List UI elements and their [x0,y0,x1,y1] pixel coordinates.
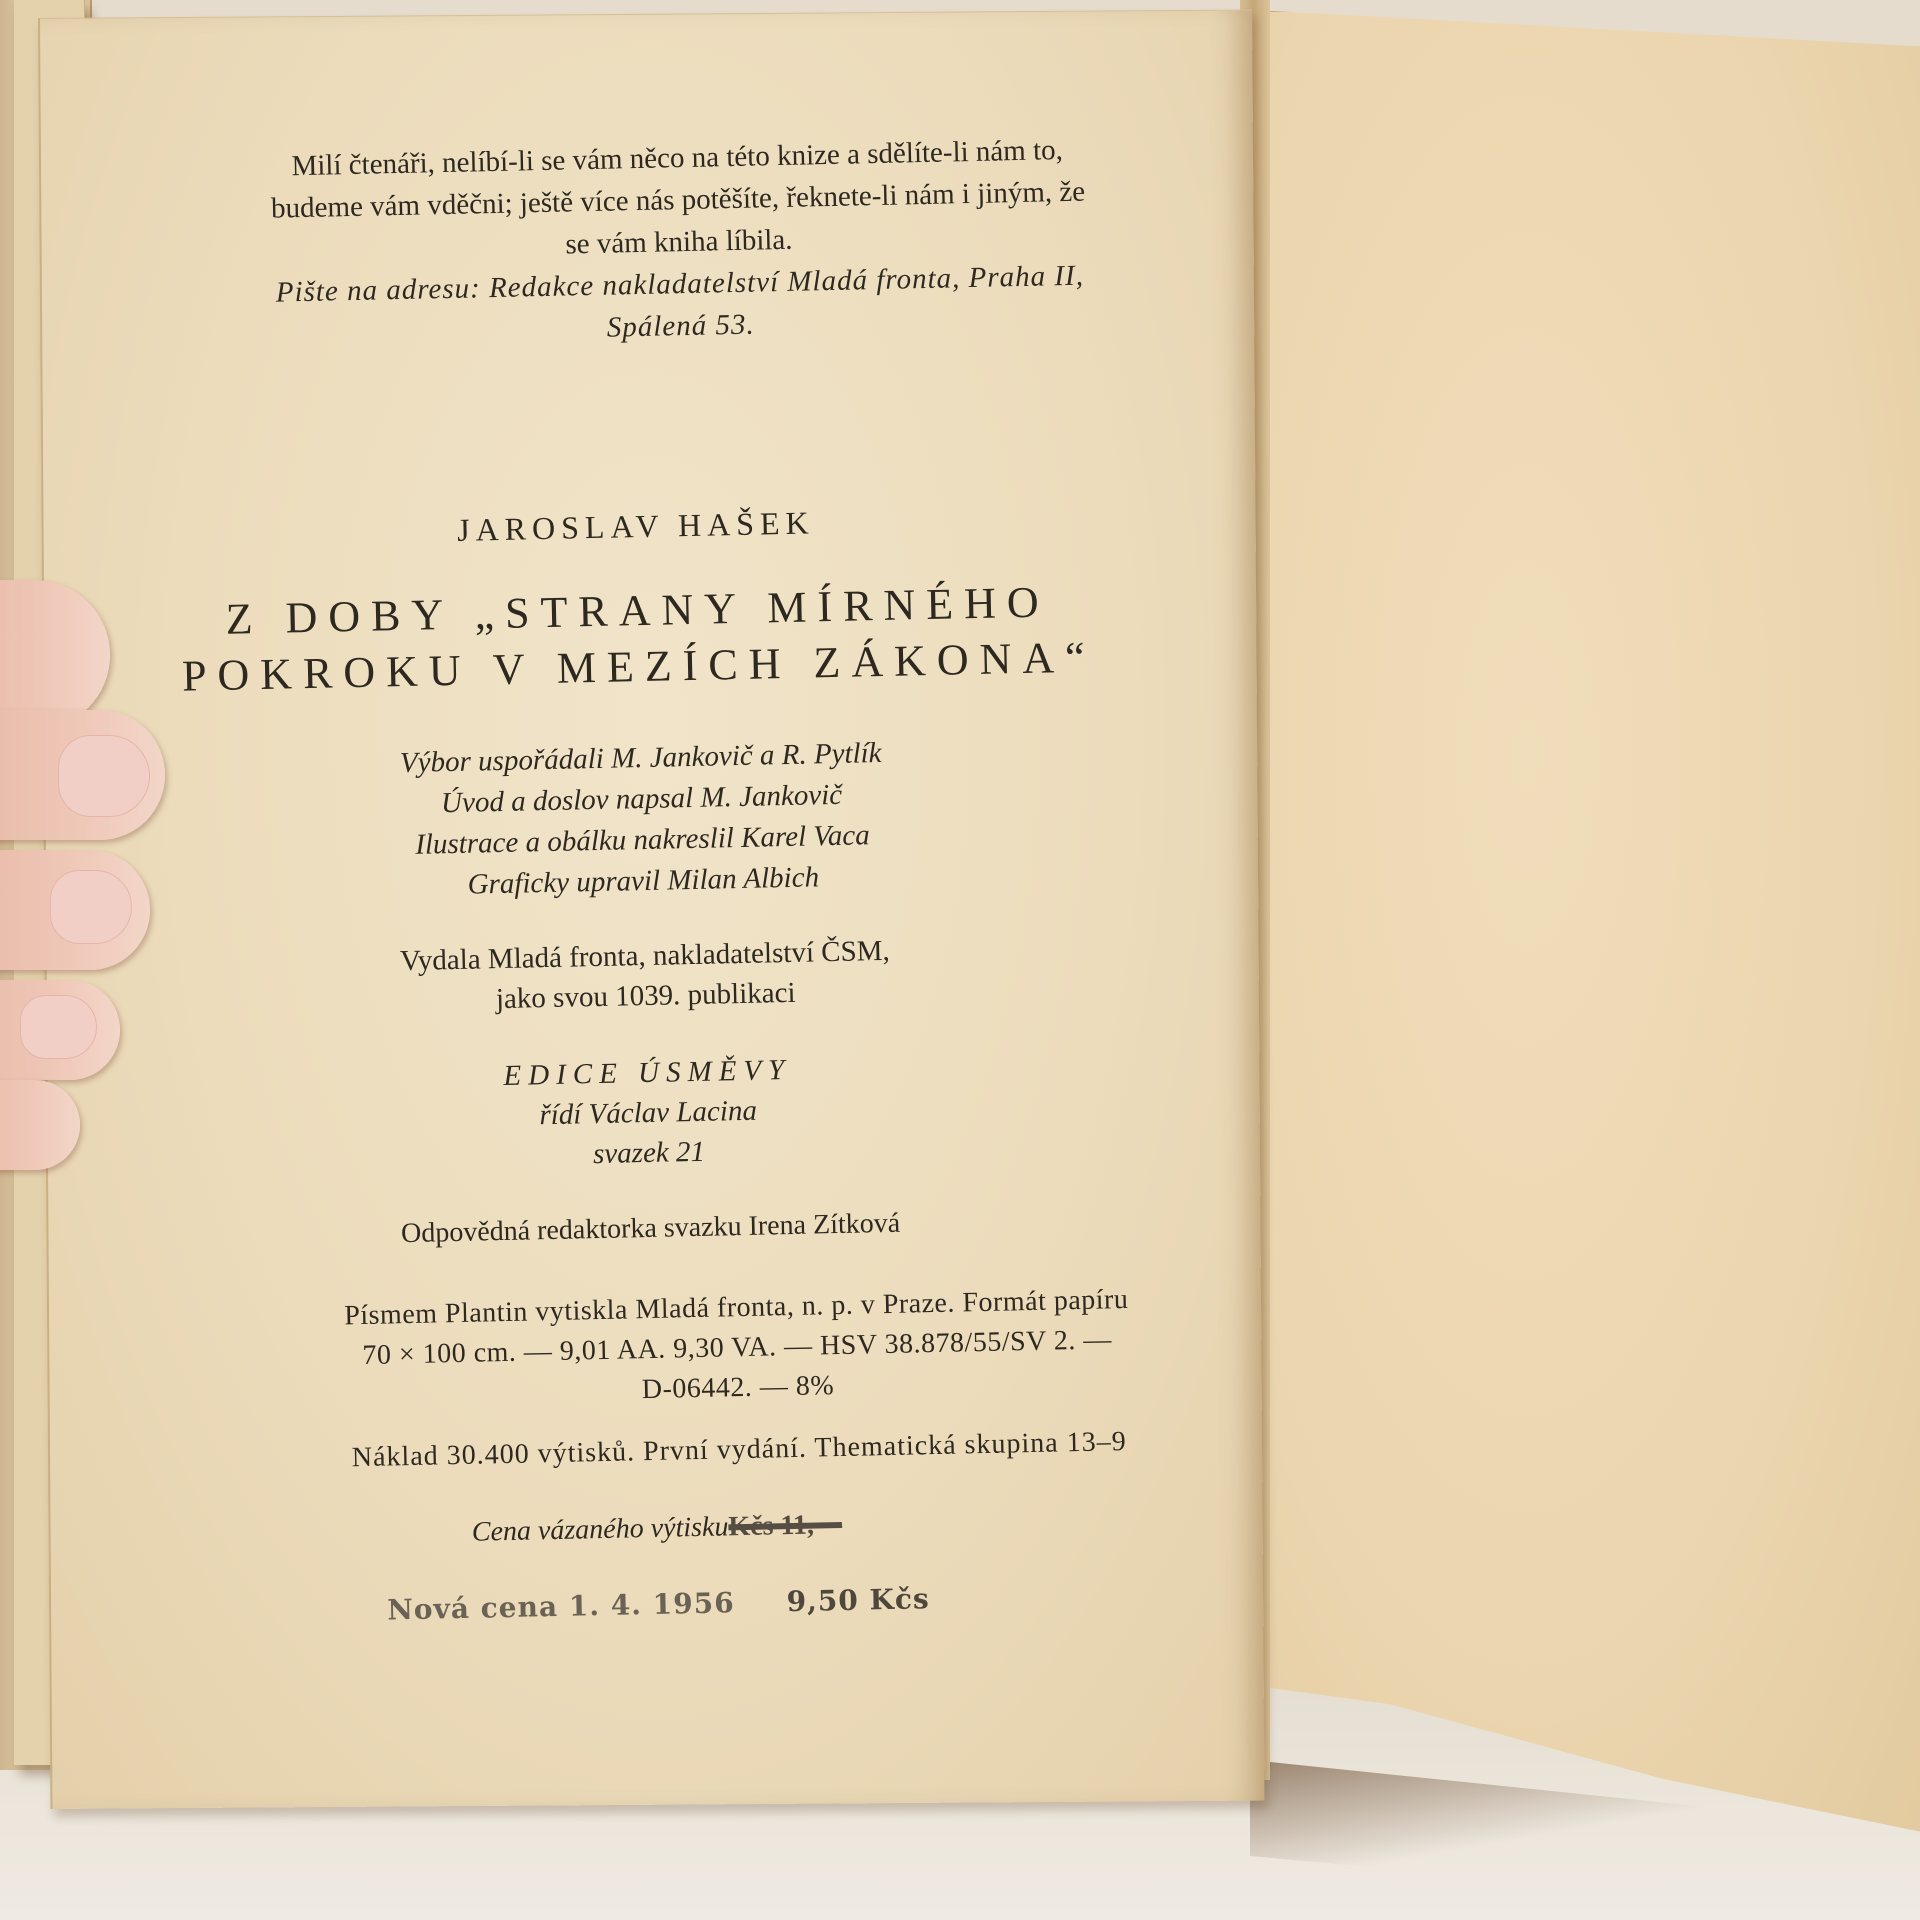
print-run: Náklad 30.400 výtisků. První vydání. The… [249,1424,1229,1477]
colophon-text: Milí čtenáři, nelíbí-li se vám něco na t… [19,6,1268,1821]
credits: Výbor uspořádali M. Jankovič a R. Pytlík… [34,725,1249,914]
book-photo-scene: Milí čtenáři, nelíbí-li se vám něco na t… [0,0,1920,1920]
reader-note: Milí čtenáři, nelíbí-li se vám něco na t… [192,127,1166,357]
new-price-amount: 9,50 Kčs [786,1582,930,1618]
original-price: Cena vázaného výtiskuKčs 11,— [51,1500,1263,1557]
author-name: JAROSLAV HAŠEK [30,495,1243,557]
book-title: Z DOBY „STRANY MÍRNÉHO POKROKU V MEZÍCH … [31,570,1245,707]
struck-price: Kčs 11,— [728,1509,842,1543]
right-page-blank [1255,10,1920,1872]
printing-details: Písmem Plantin vytiskla Mladá fronta, n.… [246,1278,1228,1418]
new-price-label: Nová cena 1. 4. 1956 [387,1586,735,1626]
publisher-info: Vydala Mladá fronta, nakladatelství ČSM,… [39,923,1252,1028]
edition-info: EDICE ÚSMĚVY řídí Václav Lacina svazek 2… [41,1040,1255,1185]
responsible-editor: Odpovědná redaktorka svazku Irena Zítkov… [44,1200,1256,1257]
hand-holding-page [0,560,170,1180]
price-label: Cena vázaného výtisku [472,1511,729,1547]
new-price-stamp: Nová cena 1. 4. 19569,50 Kčs [52,1575,1264,1633]
